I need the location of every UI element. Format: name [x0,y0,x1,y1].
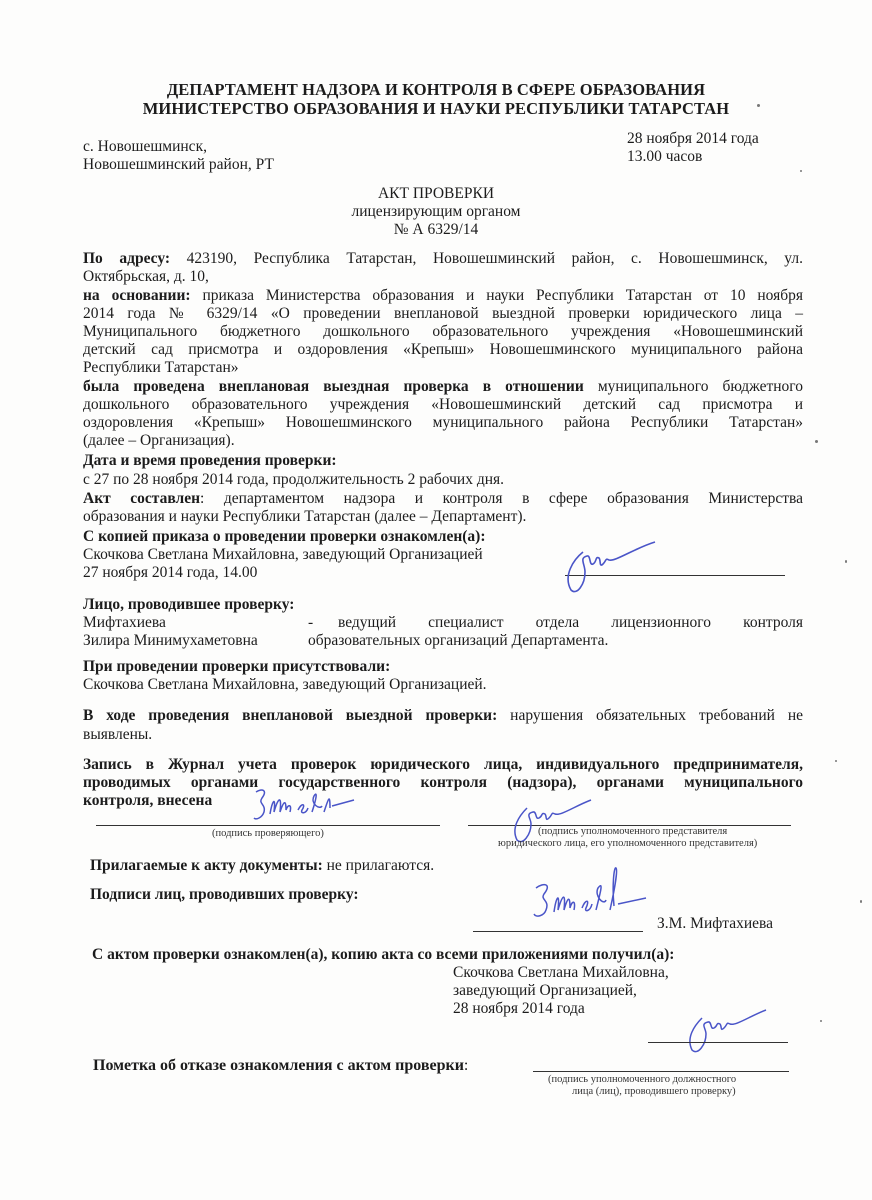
address-line-2: Октябрьская, д. 10, [83,268,209,286]
inspector-name: Зилира Минимухаметовна [83,632,258,650]
inspection-label: была проведена внеплановая выездная пров… [83,378,584,395]
act-title: АКТ ПРОВЕРКИ [0,185,872,203]
inspector-label: Лицо, проводившее проверку: [83,596,294,614]
result-line-1: В ходе проведения внеплановой выездной п… [83,707,803,725]
attachments-label: Прилагаемые к акту документы: [90,857,323,874]
inspection-line-2: дошкольного образовательного учреждения … [83,396,803,414]
act-number: № А 6329/14 [0,221,872,239]
act-date: 28 ноября 2014 года [627,130,759,148]
address-label: По адресу: [83,250,170,267]
received-label: С актом проверки ознакомлен(а), копию ак… [92,946,674,964]
inspector-final-name: З.М. Мифтахиева [657,915,773,933]
scan-speck [820,1020,822,1022]
scan-speck [845,560,847,563]
compiled-line-2: образования и науки Республики Татарстан… [83,508,526,526]
basis-line-4: детский сад присмотра и оздоровления «Кр… [83,341,803,359]
inspector-signature-line [96,825,440,826]
scan-speck [757,104,760,107]
attachments-value: не прилагаются. [327,857,434,874]
compiled-label: Акт составлен [83,490,200,507]
journal-line-2: проводимых органами государственного кон… [83,774,803,792]
result-label: В ходе проведения внеплановой выездной п… [83,707,497,724]
journal-line-1: Запись в Журнал учета проверок юридическ… [83,756,803,774]
received-signature-line [648,1042,788,1043]
order-copy-date: 27 ноября 2014 года, 14.00 [83,564,257,582]
inspector-final-signature [530,866,650,926]
ministry-heading: МИНИСТЕРСТВО ОБРАЗОВАНИЯ И НАУКИ РЕСПУБЛ… [0,99,872,119]
inspector-signature-caption: (подпись проверяющего) [212,828,324,839]
basis-line-3: Муниципального бюджетного дошкольного об… [83,323,803,341]
journal-line-3: контроля, внесена [83,792,212,810]
scan-speck [800,170,802,172]
refusal-caption-1: (подпись уполномоченного должностного [548,1074,736,1085]
received-person: Скочкова Светлана Михайловна, [453,964,669,982]
compiled-line-1: Акт составлен: департаментом надзора и к… [83,490,803,508]
signatures-label: Подписи лиц, проводивших проверку: [90,886,359,904]
present-label: При проведении проверки присутствовали: [83,658,390,676]
address-line-1: По адресу: 423190, Республика Татарстан,… [83,250,803,268]
order-copy-signature [555,538,665,598]
inspector-surname: Мифтахиева [83,614,166,632]
scan-speck [860,900,862,903]
refusal-caption-2: лица (лиц), проводившего проверку) [572,1086,736,1097]
inspection-line-3: оздоровления «Крепыш» Новошешминского му… [83,414,803,432]
refusal-signature-line [533,1071,789,1072]
attachments-line: Прилагаемые к акту документы: не прилага… [90,857,434,875]
inspection-line-1: была проведена внеплановая выездная пров… [83,378,803,396]
inspection-line-4: (далее – Организация). [83,432,235,450]
representative-caption-2: юридического лица, его уполномоченного п… [498,838,757,849]
inspector-journal-signature [250,782,360,826]
refusal-label: Пометка об отказе ознакомления с актом п… [93,1057,468,1075]
final-signature-line [473,931,643,932]
dates-label: Дата и время проведения проверки: [83,452,337,470]
order-copy-label: С копией приказа о проведении проверки о… [83,528,486,546]
dates-value: с 27 по 28 ноября 2014 года, продолжител… [83,471,504,489]
place-line-1: с. Новошешминск, [83,138,207,156]
department-heading: ДЕПАРТАМЕНТ НАДЗОРА И КОНТРОЛЯ В СФЕРЕ О… [0,80,872,100]
received-date: 28 ноября 2014 года [453,1000,585,1018]
representative-caption-1: (подпись уполномоченного представителя [538,826,727,837]
place-line-2: Новошешминский район, РТ [83,156,274,174]
basis-line-2: 2014 года № 6329/14 «О проведении внепла… [83,305,803,323]
basis-line-1: на основании: приказа Министерства образ… [83,287,803,305]
act-time: 13.00 часов [627,148,702,166]
inspector-position-2: образовательных организаций Департамента… [308,632,608,650]
received-signature [680,1008,770,1058]
order-copy-person: Скочкова Светлана Михайловна, заведующий… [83,546,483,564]
inspector-dash: - [308,614,313,632]
result-line-2: выявлены. [83,726,152,744]
act-subtitle: лицензирующим органом [0,203,872,221]
received-position: заведующий Организацией, [453,982,637,1000]
present-value: Скочкова Светлана Михайловна, заведующий… [83,676,487,694]
scan-speck [835,760,837,762]
scan-speck [815,440,818,443]
basis-label: на основании: [83,287,191,304]
inspector-position-1: ведущий специалист отдела лицензионного … [338,614,803,632]
basis-line-5: Республики Татарстан» [83,359,239,377]
